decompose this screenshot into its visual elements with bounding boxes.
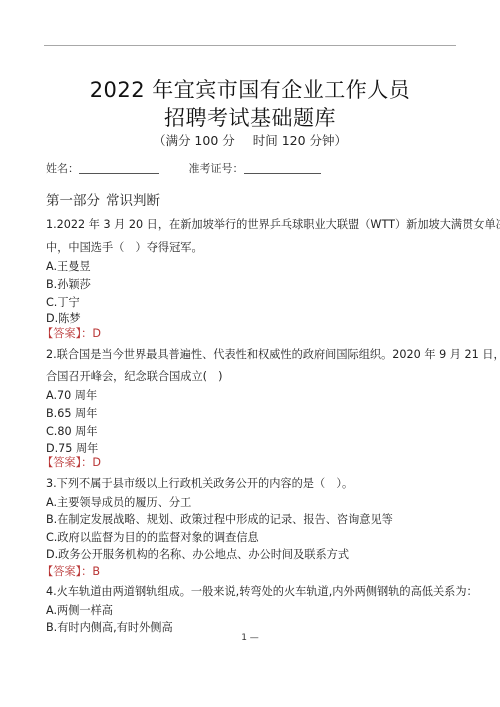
option-b: B.在制定发展战略、规划、政策过程中形成的记录、报告、咨询意见等	[46, 512, 393, 528]
candidate-info: 姓名： 准考证号：	[46, 160, 321, 176]
section-title: 常识判断	[106, 193, 160, 209]
answer-value: D	[92, 327, 101, 340]
section-number: 第一部分	[46, 193, 100, 209]
name-blank	[79, 163, 159, 174]
option-c: C.政府以监督为目的的监督对象的调查信息	[46, 530, 259, 546]
answer-value: D	[92, 456, 101, 469]
doc-title-line2: 招聘考试基础题库	[0, 104, 500, 132]
doc-subtitle: （满分 100 分时间 120 分钟）	[0, 131, 500, 149]
answer-value: B	[92, 565, 100, 578]
question-stem-cont: 中，中国选手（ ）夺得冠军。	[46, 240, 203, 256]
option-a: A.70 周年	[46, 388, 97, 404]
exam-id-blank	[244, 163, 321, 174]
header-rule	[44, 45, 456, 46]
name-label: 姓名：	[46, 162, 79, 175]
question-stem: 1.2022 年 3 月 20 日，在新加坡举行的世界乒乓球职业大联盟（WTT）…	[46, 217, 500, 233]
option-b: B.65 周年	[46, 406, 97, 422]
option-a: A.主要领导成员的履历、分工	[46, 495, 191, 511]
option-d: D.陈梦	[46, 311, 81, 327]
option-c: C.80 周年	[46, 424, 98, 440]
doc-title-line1: 2022 年宜宾市国有企业工作人员	[0, 76, 500, 104]
answer-line: 【答案】：D	[42, 455, 101, 471]
page-number: 1 —	[0, 633, 500, 643]
exam-id-label: 准考证号：	[189, 162, 244, 175]
section-heading: 第一部分常识判断	[46, 189, 160, 209]
question-stem-cont: 合国召开峰会，纪念联合国成立( )	[46, 369, 223, 385]
time-info: 时间 120 分钟）	[253, 133, 347, 148]
answer-label: 【答案】：	[42, 565, 92, 578]
answer-line: 【答案】：D	[42, 326, 101, 342]
answer-label: 【答案】：	[42, 327, 92, 340]
option-a: A.两侧一样高	[46, 603, 113, 619]
question-stem: 2.联合国是当今世界最具普遍性、代表性和权威性的政府间国际组织。2020 年 9…	[46, 347, 500, 363]
answer-line: 【答案】：B	[42, 564, 100, 580]
option-a: A.王曼昱	[46, 259, 91, 275]
score-info: （满分 100 分	[153, 133, 235, 148]
option-d: D.政务公开服务机构的名称、办公地点、办公时间及联系方式	[46, 547, 349, 563]
question-stem: 4.火车轨道由两道钢轨组成。一般来说,转弯处的火车轨道,内外两侧钢轨的高低关系为…	[46, 584, 478, 600]
answer-label: 【答案】：	[42, 456, 92, 469]
option-c: C.丁宁	[46, 295, 80, 311]
option-b: B.孙颖莎	[46, 277, 91, 293]
question-stem: 3.下列不属于县市级以上行政机关政务公开的内容的是（ ）。	[46, 476, 353, 492]
